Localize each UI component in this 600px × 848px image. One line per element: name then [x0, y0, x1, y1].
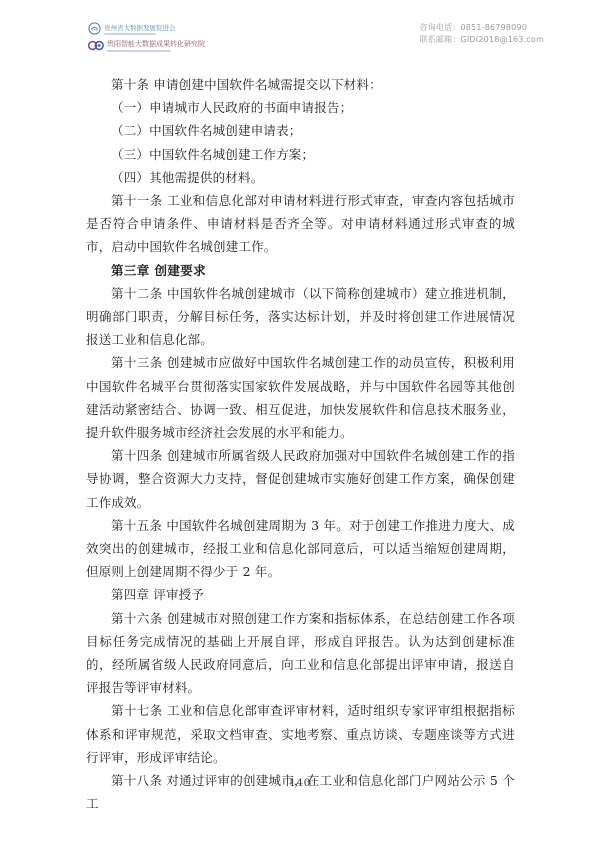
org1-logo-row: 贵州省大数据发展促进会	[88, 22, 205, 35]
contact-email: 联系邮箱：GIDI2018@163.com	[419, 34, 544, 46]
organization-logos: 贵州省大数据发展促进会 贵阳智能大数据成果转化研究院	[88, 22, 205, 52]
org1-english-subtitle	[104, 33, 156, 35]
org1-name: 贵州省大数据发展促进会	[104, 23, 176, 32]
article-10-item1: （一）申请城市人民政府的书面申请报告；	[86, 96, 515, 119]
association-emblem-icon	[88, 22, 101, 35]
article-15: 第十五条 中国软件名城创建周期为 3 年。对于创建工作推进力度大、成效突出的创建…	[86, 514, 515, 584]
article-10: 第十条 申请创建中国软件名城需提交以下材料：	[86, 73, 515, 96]
document-page: 贵州省大数据发展促进会 贵阳智能大数据成果转化研究院	[0, 0, 600, 848]
institute-rings-icon	[88, 40, 104, 51]
article-10-item3: （三）中国软件名城创建工作方案；	[86, 143, 515, 166]
org2-name: 贵阳智能大数据成果转化研究院	[107, 39, 205, 49]
article-16: 第十六条 创建城市对照创建工作方案和指标体系，在总结创建工作各项目标任务完成情况…	[86, 607, 515, 700]
article-14: 第十四条 创建城市所属省级人民政府加强对中国软件名城创建工作的指导协调，整合资源…	[86, 444, 515, 514]
page-number: 140	[0, 777, 600, 789]
article-10-item2: （二）中国软件名城创建申请表；	[86, 119, 515, 142]
article-12: 第十二条 中国软件名城创建城市（以下简称创建城市）建立推进机制，明确部门职责，分…	[86, 282, 515, 352]
org1-name-wrap: 贵州省大数据发展促进会	[104, 23, 176, 35]
org2-name-wrap: 贵阳智能大数据成果转化研究院	[107, 39, 205, 52]
document-body: 第十条 申请创建中国软件名城需提交以下材料： （一）申请城市人民政府的书面申请报…	[86, 73, 515, 816]
article-17: 第十七条 工业和信息化部审查评审材料，适时组织专家评审组根据指标体系和评审规范，…	[86, 699, 515, 769]
article-10-item4: （四）其他需提供的材料。	[86, 166, 515, 189]
contact-phone: 咨询电话：0851-86798090	[419, 22, 544, 34]
org2-logo-row: 贵阳智能大数据成果转化研究院	[88, 39, 205, 52]
org2-english-subtitle	[107, 50, 171, 52]
article-11: 第十一条 工业和信息化部对申请材料进行形式审查，审查内容包括城市是否符合申请条件…	[86, 189, 515, 259]
chapter-3-heading: 第三章 创建要求	[86, 259, 515, 282]
contact-info: 咨询电话：0851-86798090 联系邮箱：GIDI2018@163.com	[419, 22, 544, 46]
article-13: 第十三条 创建城市应做好中国软件名城创建工作的动员宣传，积极利用中国软件名城平台…	[86, 351, 515, 444]
page-header: 贵州省大数据发展促进会 贵阳智能大数据成果转化研究院	[88, 22, 544, 52]
chapter-4-heading: 第四章 评审授予	[86, 583, 515, 606]
